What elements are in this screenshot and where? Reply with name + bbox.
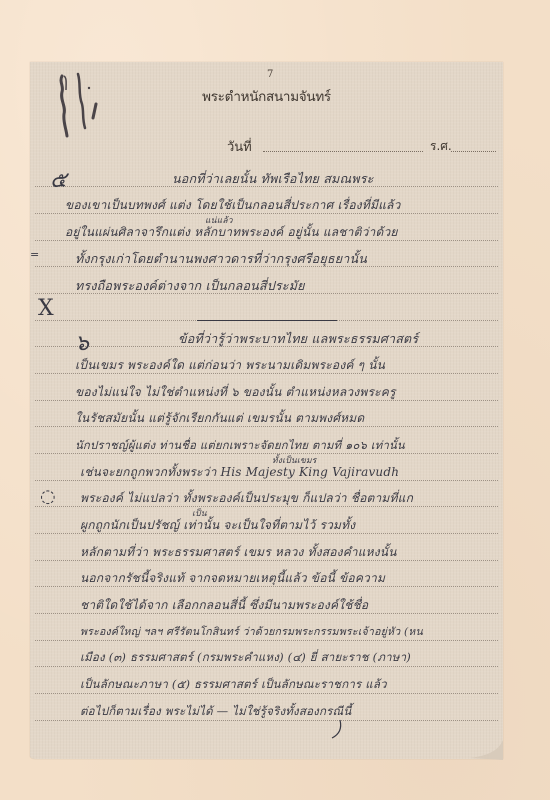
section-number-5: ๕ [50, 162, 67, 197]
handwritten-line: พระองค์ใหญ่ ฯลฯ ศรีรัตนโกสินทร์ ว่าด้วยก… [80, 623, 423, 640]
margin-tick: = [30, 248, 39, 261]
handwritten-line: ต่อไปก็ตามเรื่อง พระไม่ได้ — ไม่ใช่รู้จร… [80, 703, 351, 721]
margin-circle: ◌ [40, 486, 56, 507]
handwritten-line: ของไม่แน่ใจ ไม่ใช่ตำแหน่งที่ ๖ ของนั้น ต… [75, 383, 396, 402]
handwritten-line: ของเขาเป็นบทพงศ์ แต่ง โดยใช้เป็นกลอนสี่ป… [65, 196, 401, 215]
handwritten-line: ข้อที่ว่ารู้ว่าพระบาทไทย แลพระธรรมศาสตร์ [178, 329, 418, 349]
divider-cross: X [38, 296, 54, 321]
ruled-line [35, 640, 498, 641]
paper-curl-icon [470, 738, 503, 760]
section-number-6: ๖ [75, 325, 89, 360]
handwritten-line: เมือง (๓) ธรรมศาสตร์ (กรมพระคำแหง) (๔) ย… [80, 649, 411, 667]
section-divider [197, 320, 337, 321]
handwritten-line: นอกที่ว่าเลยนั้น ทัพเรือไทย สมณพระ [172, 169, 374, 189]
handwritten-line: นักปราชญ์ผู้แต่ง ท่านชื่อ แต่ยกเพราะจัดย… [75, 436, 405, 454]
letterhead-title: พระตำหนักสนามจันทร์ [30, 85, 503, 107]
handwritten-line: นอกจากรัชนี้จริงแท้ จากจดหมายเหตุนี้แล้ว… [80, 569, 385, 588]
descender-stroke-icon [328, 718, 348, 740]
page-number: 7 [267, 69, 273, 80]
date-field [263, 151, 423, 152]
date-line: วันที่ ร.ศ. [227, 136, 497, 156]
handwritten-line: ทั้งกรุงเก่าโดยตำนานพงศาวดารที่ว่ากรุงศร… [75, 249, 367, 269]
handwritten-line: ทรงถือพระองค์ต่างจาก เป็นกลอนสี่ประมัย [75, 276, 305, 296]
handwritten-line: หลักตามที่ว่า พระธรรมศาสตร์ เขมร หลวง ทั… [80, 543, 397, 562]
handwritten-line: เป็นเขมร พระองค์ใด แต่ก่อนว่า พระนามเดิม… [75, 356, 385, 375]
era-label: ร.ศ. [430, 137, 452, 156]
handwritten-line: เช่นจะยกถูกพวกทั้งพระว่า His Majesty Kin… [80, 463, 399, 482]
era-field [451, 151, 496, 152]
handwritten-line: ชาติใดใช้ได้จาก เลือกกลอนสี่นี้ ซึ่งมีนา… [80, 596, 368, 615]
date-label: วันที่ [227, 136, 252, 157]
handwritten-line: อยู่ในแผ่นศิลาจารึกแต่ง หลักบาทพระองค์ อ… [65, 223, 398, 242]
handwritten-line: ผูกถูกนักเป็นปรัชญ์ เท่านั้น จะเป็นใจที่… [80, 516, 355, 535]
handwritten-line: พระองค์ ไม่แปลว่า ทั้งพระองค์เป็นประมุข … [80, 489, 413, 508]
handwritten-line: ในรัชสมัยนั้น แต่รู้จักเรียกกันแต่ เขมรน… [75, 409, 364, 428]
letter-sheet: 7 พระตำหนักสนามจันทร์ วันที่ ร.ศ. ๕ นอกท… [30, 62, 503, 759]
handwritten-line: เป็นลักษณะภาษา (๕) ธรรมศาสตร์ เป็นลักษณะ… [80, 676, 387, 694]
